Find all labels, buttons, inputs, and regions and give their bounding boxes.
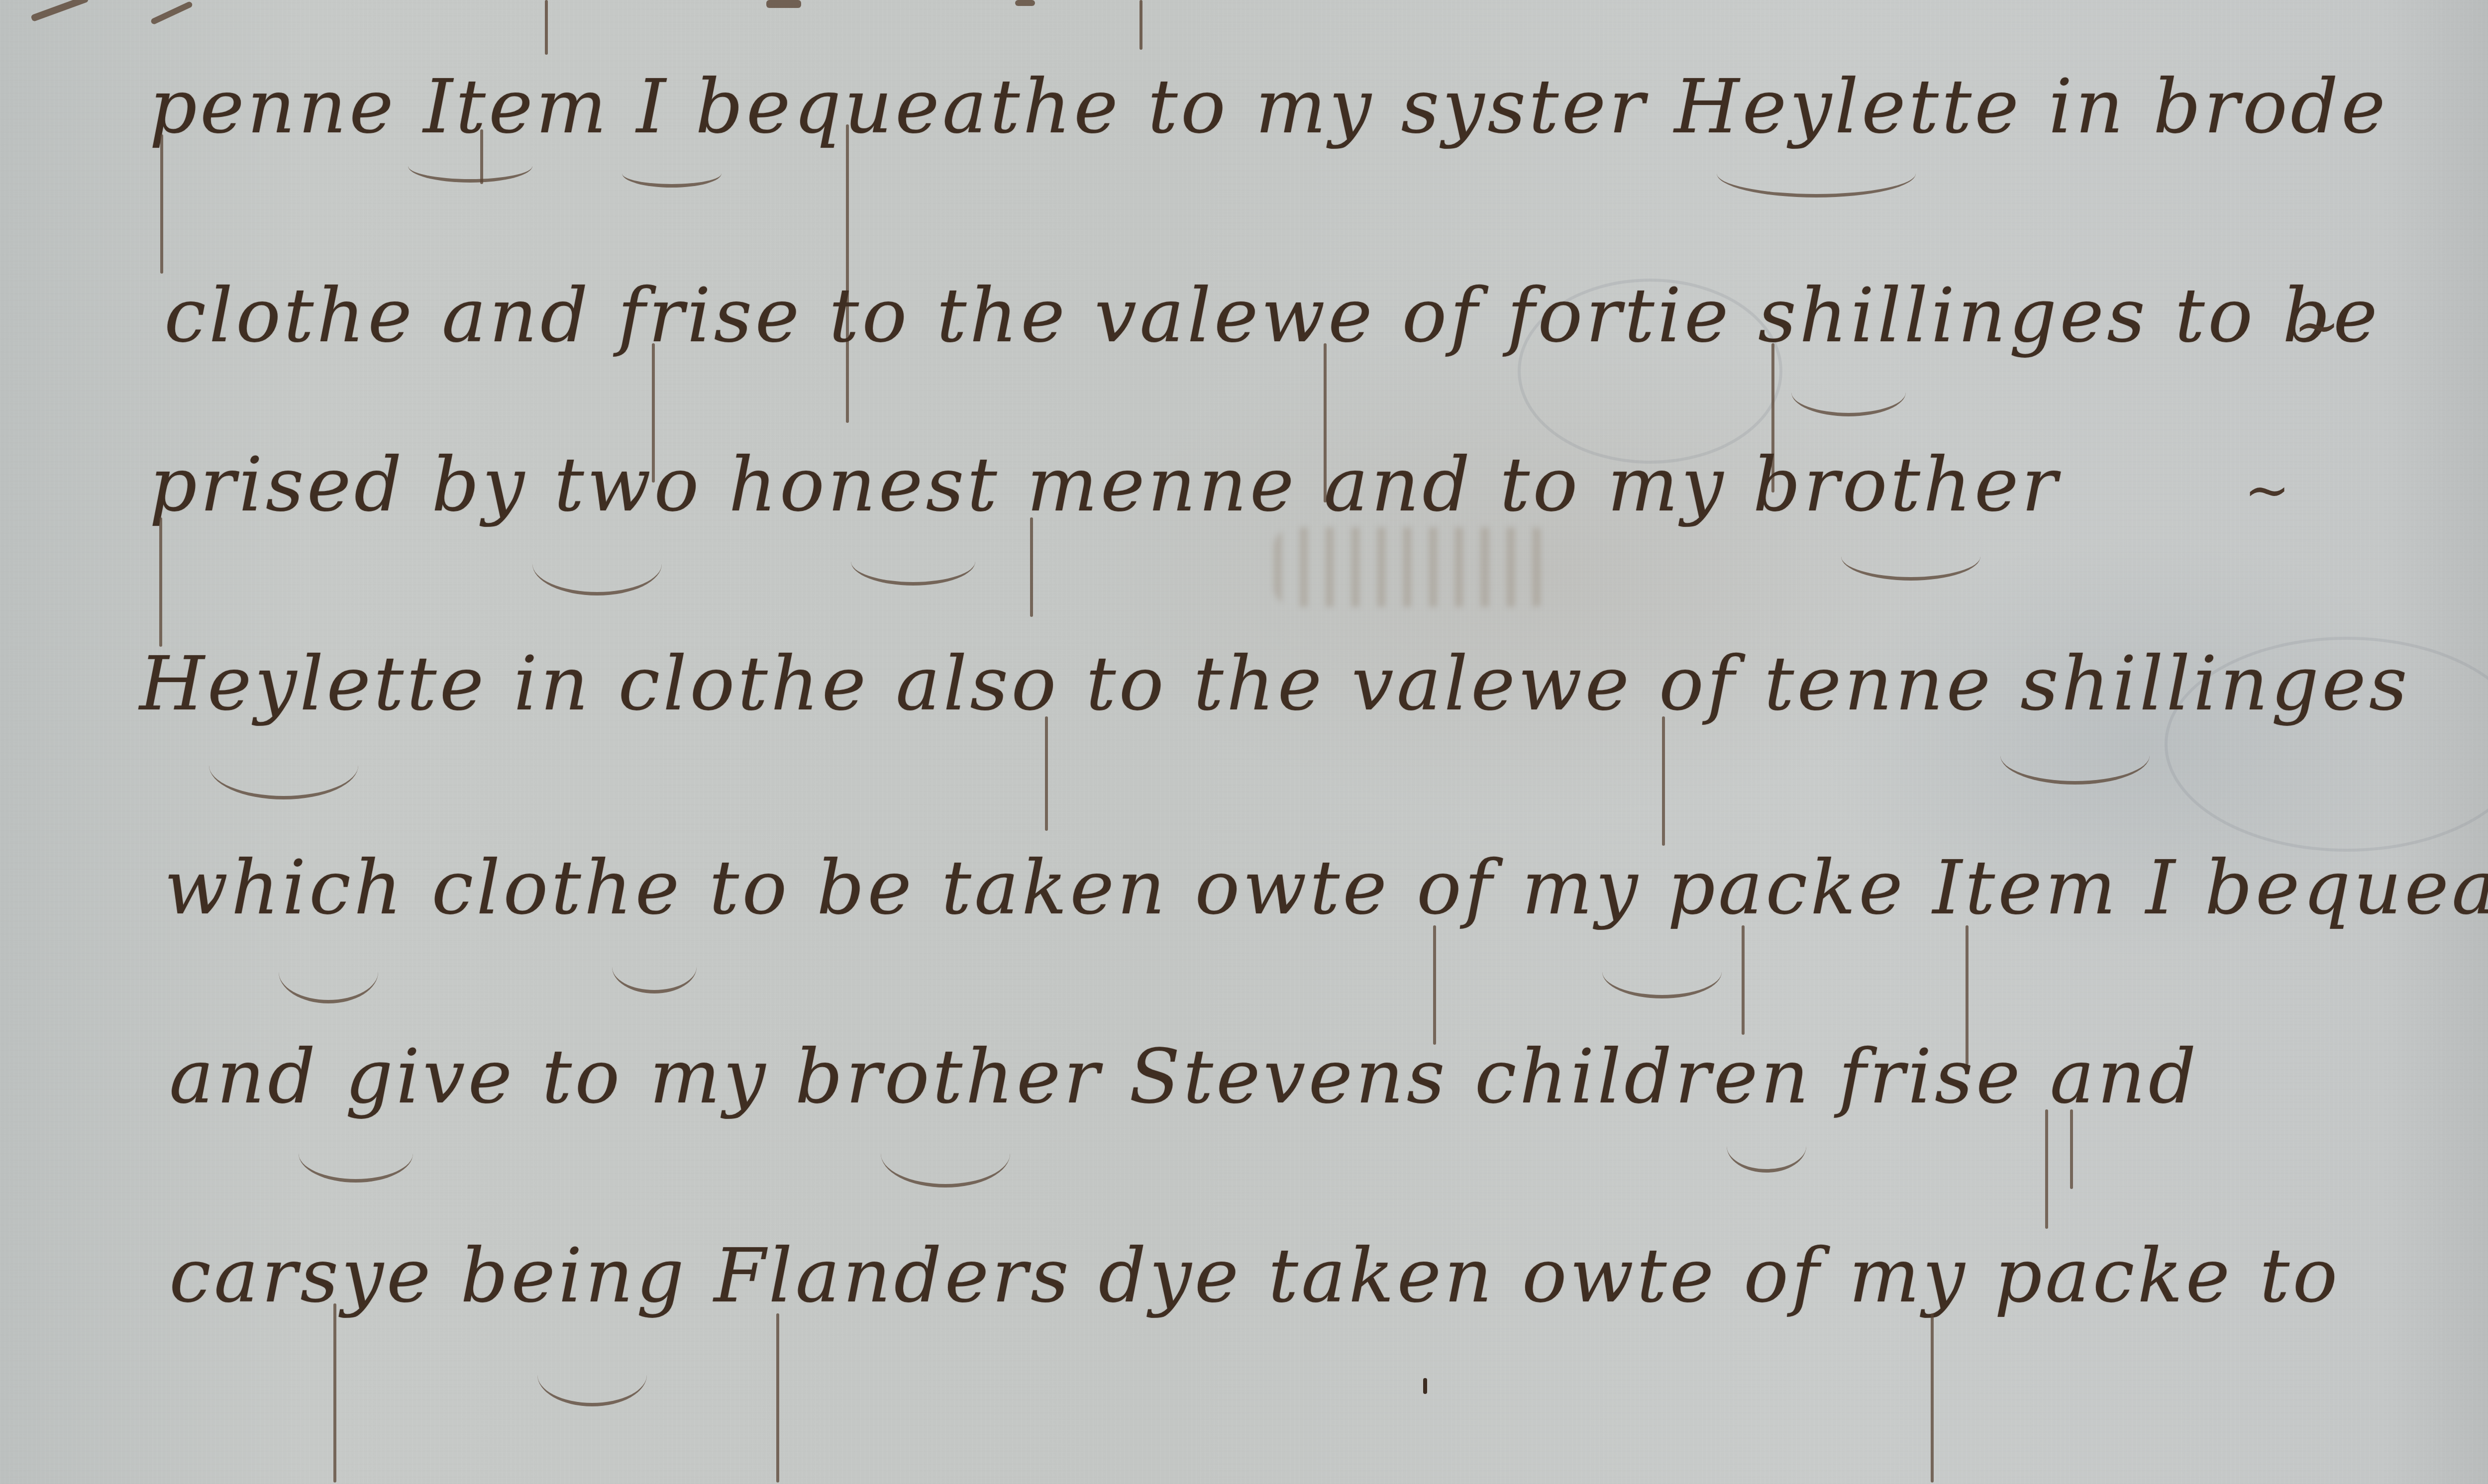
line-flourish xyxy=(1727,1119,1806,1173)
line-flourish xyxy=(299,1124,413,1183)
manuscript-line-4: Heylette in clothe also to the valewe of… xyxy=(139,647,2410,721)
line-flourish xyxy=(612,940,697,993)
descender-stroke xyxy=(333,1303,336,1483)
line-flourish xyxy=(851,537,975,586)
descender-stroke xyxy=(1742,925,1745,1035)
ink-dot xyxy=(1423,1378,1427,1394)
line-flourish xyxy=(1841,532,1980,581)
line-flourish xyxy=(2000,726,2150,785)
manuscript-line-7: carsye being Flanders dye taken owte of … xyxy=(169,1239,2340,1313)
line-flourish xyxy=(537,1343,647,1406)
line-filler-mark: ~ xyxy=(2294,298,2340,353)
descender-stroke xyxy=(160,134,163,274)
line-flourish xyxy=(532,532,662,595)
line-flourish xyxy=(408,149,532,183)
line-flourish xyxy=(622,159,722,188)
line-filler-mark: ~ xyxy=(2244,463,2290,517)
line-flourish xyxy=(209,731,358,799)
descender-stroke xyxy=(776,1313,779,1483)
manuscript-line-1: penne Item I bequeathe to my syster Heyl… xyxy=(149,70,2388,144)
descender-stroke xyxy=(2045,1109,2048,1229)
manuscript-line-3: prised by two honest menne and to my bro… xyxy=(149,448,2060,522)
line-flourish xyxy=(279,940,378,1003)
manuscript-line-6: and give to my brother Stevens children … xyxy=(169,1040,2199,1114)
ink-bleed-through xyxy=(1274,527,1553,607)
line-flourish xyxy=(1717,149,1916,198)
descender-stroke xyxy=(159,517,162,647)
descender-stroke xyxy=(1030,517,1033,617)
manuscript-page: penne Item I bequeathe to my syster Heyl… xyxy=(0,0,2488,1484)
descender-stroke xyxy=(1433,925,1436,1045)
manuscript-line-2: clothe and frise to the valewe of fortie… xyxy=(164,279,2381,353)
descender-stroke xyxy=(1662,716,1665,846)
descender-stroke xyxy=(1045,716,1048,831)
line-flourish xyxy=(881,1119,1010,1187)
previous-line-fragments xyxy=(0,0,2488,60)
descender-stroke xyxy=(2070,1109,2073,1189)
line-flourish xyxy=(1602,945,1722,998)
line-flourish xyxy=(1791,368,1906,416)
descender-stroke xyxy=(1931,1313,1934,1483)
manuscript-line-5: which clothe to be taken owte of my pack… xyxy=(164,851,2488,925)
